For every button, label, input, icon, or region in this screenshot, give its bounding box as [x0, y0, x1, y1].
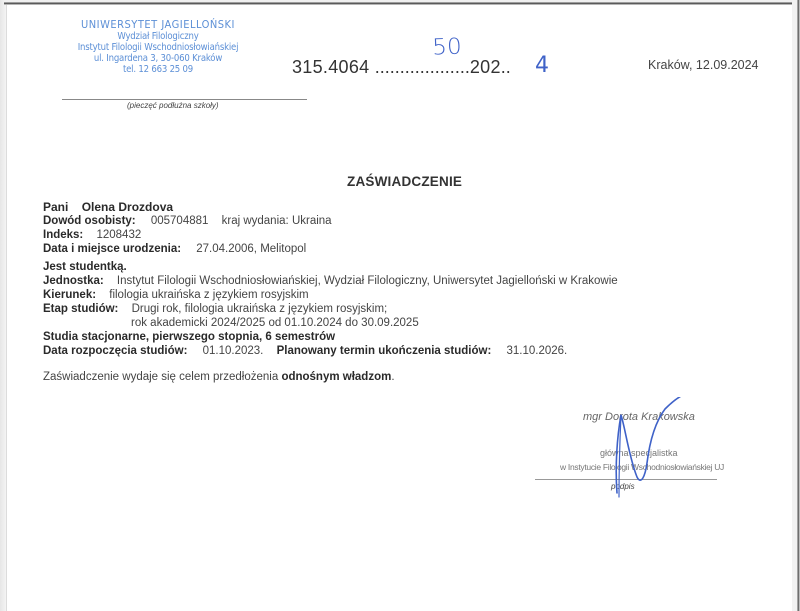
stamp-university: UNIWERSYTET JAGIELLOŃSKI: [65, 19, 251, 31]
unit-row: Jednostka: Instytut Filologii Wschodnios…: [43, 274, 763, 288]
student-status: Jest studentką.: [43, 261, 127, 273]
unit-label: Jednostka:: [43, 275, 104, 287]
country: Ukraina: [292, 215, 332, 227]
handwritten-signature-icon: [607, 397, 687, 507]
field-value: filologia ukraińska z językiem rosyjskim: [109, 289, 308, 301]
city-date: Kraków, 12.09.2024: [648, 58, 759, 72]
purpose-row: Zaświadczenie wydaje się celem przedłoże…: [43, 370, 763, 384]
stamp-caption: (pieczęć podłużna szkoły): [127, 101, 219, 110]
stage-row: Etap studiów: Drugi rok, filologia ukrai…: [43, 302, 763, 316]
unit-value: Instytut Filologii Wschodniosłowiańskiej…: [117, 275, 618, 287]
country-label: kraj wydania:: [222, 215, 289, 227]
index-label: Indeks:: [43, 229, 83, 241]
document-page: UNIWERSYTET JAGIELLOŃSKI Wydział Filolog…: [7, 5, 792, 611]
start-label: Data rozpoczęcia studiów:: [43, 345, 187, 357]
index-number: 1208432: [96, 229, 141, 241]
person-name-row: Pani Olena Drozdova: [43, 200, 763, 214]
document-number-year-dots: ..: [501, 57, 511, 77]
handwritten-year-digit: 4: [535, 53, 549, 78]
document-title: ZAŚWIADCZENIE: [347, 174, 462, 189]
start-date: 01.10.2023.: [203, 345, 264, 357]
birth-row: Data i miejsce urodzenia: 27.04.2006, Me…: [43, 242, 763, 256]
salutation: Pani: [43, 200, 68, 214]
stage-line1: Drugi rok, filologia ukraińska z językie…: [132, 303, 388, 315]
stamp-address: ul. Ingardena 3, 30-060 Kraków: [65, 53, 251, 64]
index-row: Indeks: 1208432: [43, 228, 763, 242]
stamp-faculty: Wydział Filologiczny: [65, 31, 251, 42]
end-date: 31.10.2026.: [507, 345, 568, 357]
mode-row: Studia stacjonarne, pierwszego stopnia, …: [43, 330, 763, 344]
purpose-text: Zaświadczenie wydaje się celem przedłoże…: [43, 371, 278, 383]
document-number-prefix: 315.4064: [292, 57, 369, 77]
birth-label: Data i miejsce urodzenia:: [43, 243, 181, 255]
stage-row-2: rok akademicki 2024/2025 od 01.10.2024 d…: [43, 316, 763, 330]
document-number-year: 202: [470, 57, 501, 77]
page-right-edge: [792, 0, 800, 611]
certificate-body: Pani Olena Drozdova Dowód osobisty: 0057…: [43, 200, 763, 384]
page-left-edge: [0, 0, 7, 611]
document-number: 315.4064 ...................202..: [292, 57, 511, 78]
birth-value: 27.04.2006, Melitopol: [196, 243, 306, 255]
document-number-dots: ...................: [375, 57, 470, 77]
id-row: Dowód osobisty: 005704881 kraj wydania: …: [43, 214, 763, 228]
field-row: Kierunek: filologia ukraińska z językiem…: [43, 288, 763, 302]
id-number: 005704881: [151, 215, 209, 227]
end-label: Planowany termin ukończenia studiów:: [277, 345, 492, 357]
purpose-bold: odnośnym władzom: [281, 371, 391, 383]
field-label: Kierunek:: [43, 289, 96, 301]
stage-label: Etap studiów:: [43, 303, 118, 315]
stamp-institute: Instytut Filologii Wschodniosłowiańskiej: [65, 42, 251, 53]
stamp-phone: tel. 12 663 25 09: [65, 64, 251, 75]
person-name: Olena Drozdova: [82, 200, 173, 214]
handwritten-number: 50: [432, 35, 462, 61]
dates-row: Data rozpoczęcia studiów: 01.10.2023. Pl…: [43, 344, 763, 358]
id-label: Dowód osobisty:: [43, 215, 136, 227]
stamp-divider: [62, 99, 307, 100]
purpose-end: .: [391, 371, 394, 383]
stage-line2: rok akademicki 2024/2025 od 01.10.2024 d…: [131, 317, 419, 329]
status-row: Jest studentką.: [43, 260, 763, 274]
school-stamp: UNIWERSYTET JAGIELLOŃSKI Wydział Filolog…: [65, 19, 251, 75]
study-mode: Studia stacjonarne, pierwszego stopnia, …: [43, 331, 335, 343]
